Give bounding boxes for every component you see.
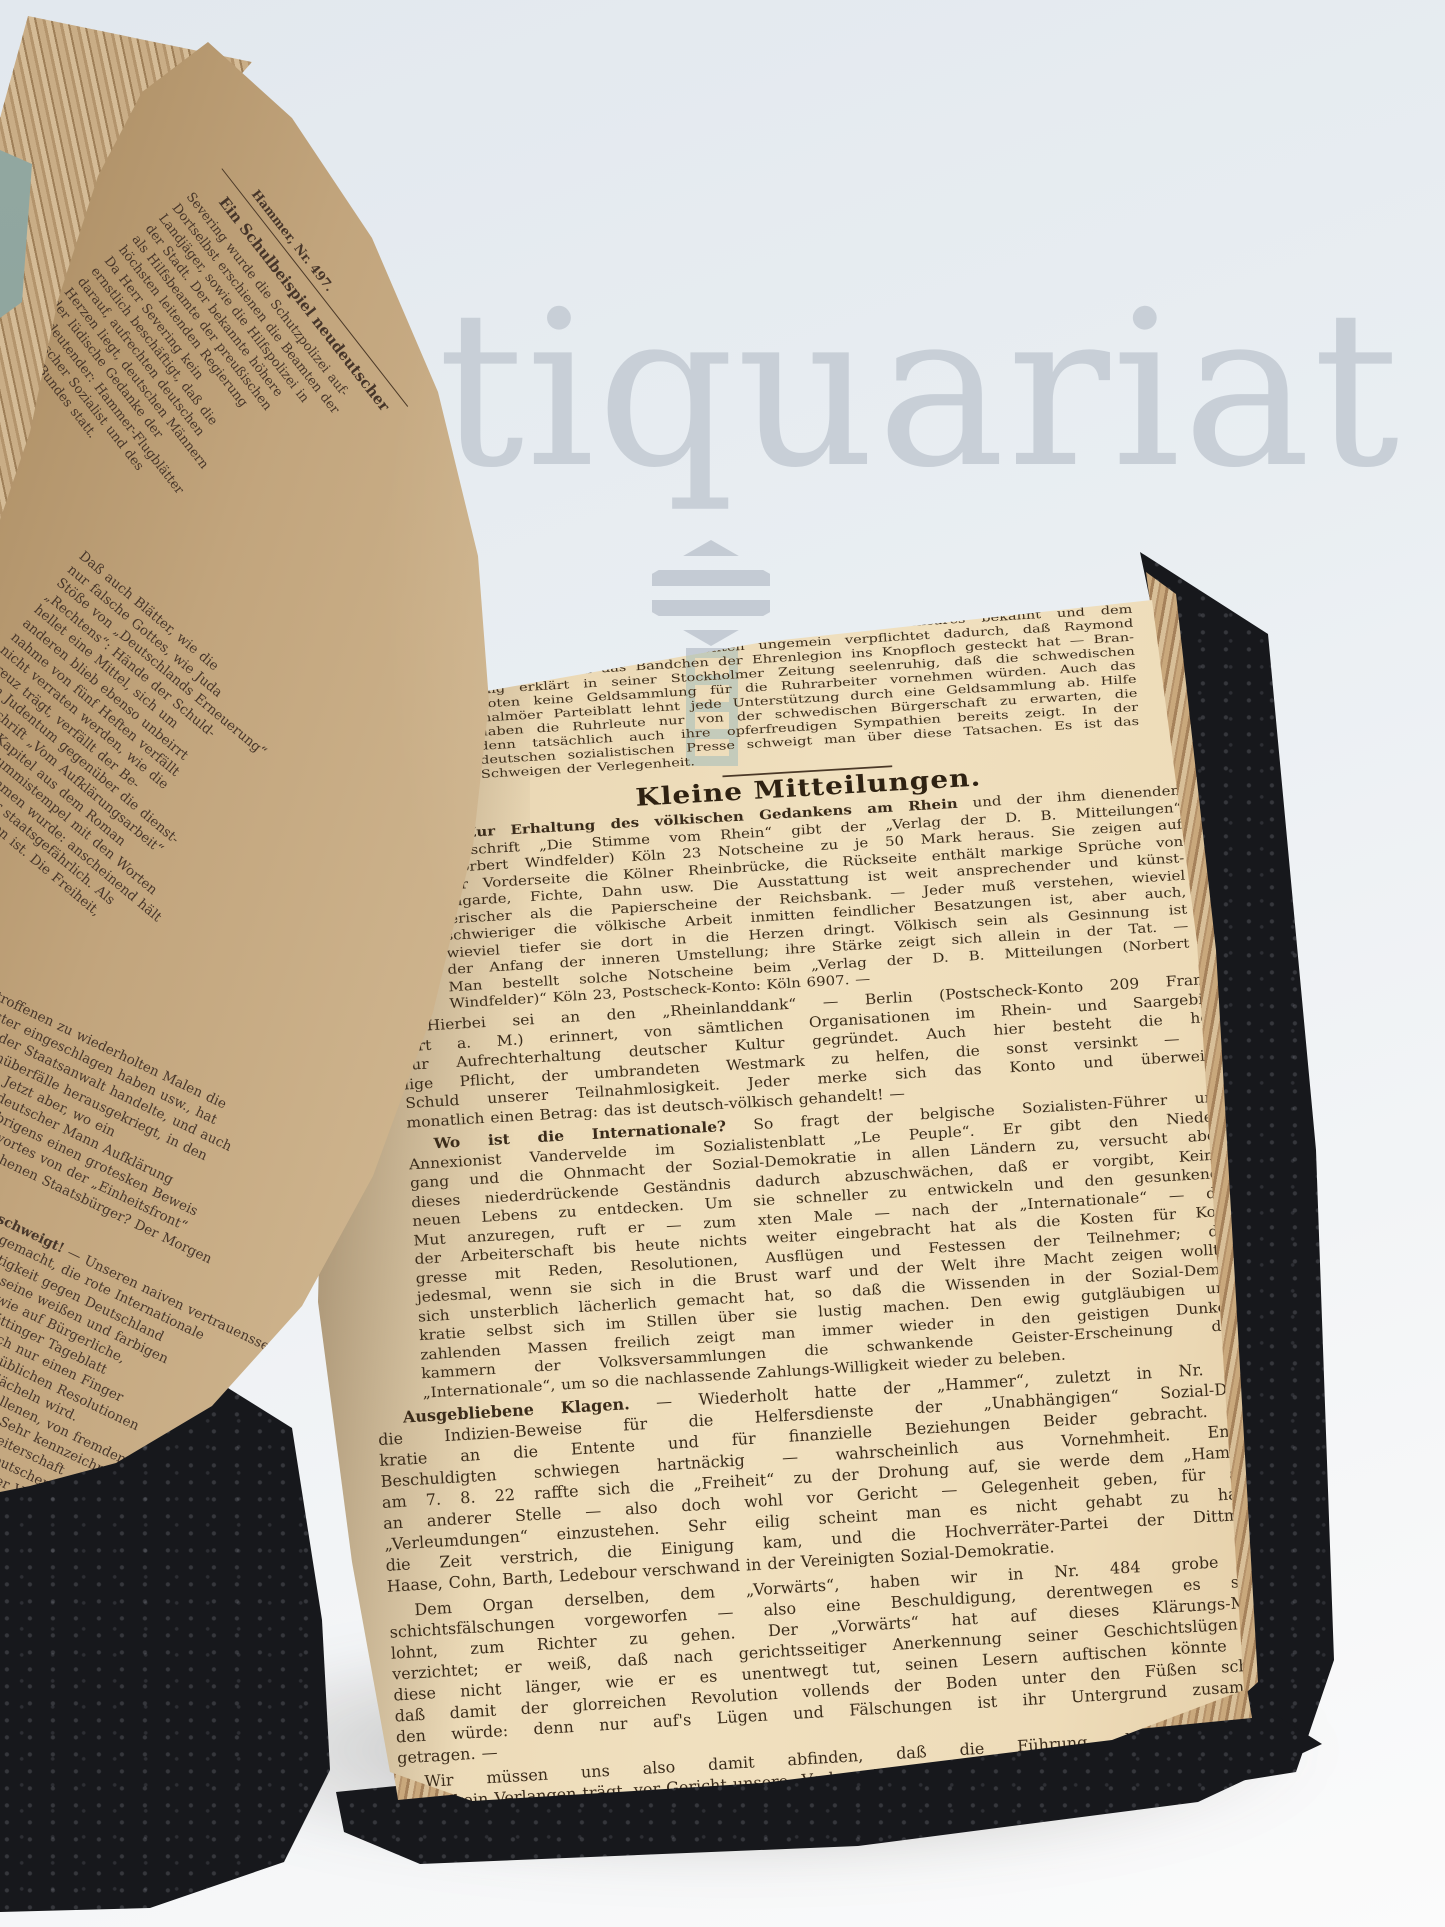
watermark-logo-icon bbox=[686, 648, 738, 766]
book-photo: Hammer, Nr. 497. — 93 — Leipzig, März 19… bbox=[0, 0, 1445, 1927]
watermark-text: Antiquariat bbox=[140, 282, 1401, 497]
news-item: Wo ist die Internationale? So fragt der … bbox=[407, 1087, 1239, 1402]
left-page-text-middle: Daß auch Blätter, wie dienur falsche Got… bbox=[0, 548, 415, 1040]
